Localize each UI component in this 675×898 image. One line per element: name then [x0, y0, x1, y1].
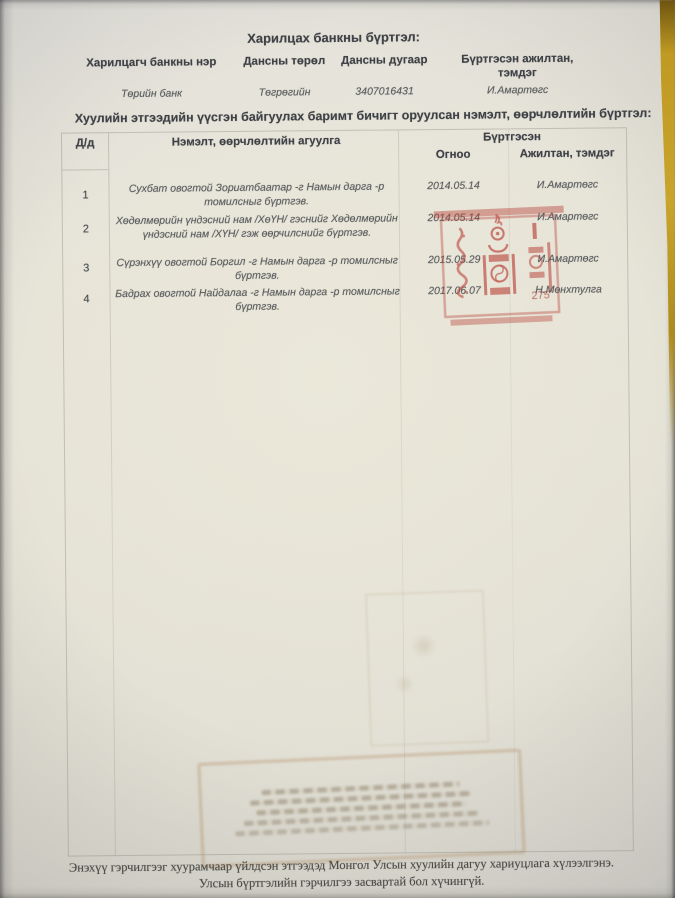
bank-col-registrar: Бүртгэсэн ажилтан, тэмдэг	[456, 52, 578, 82]
faded-stamp-imprint	[197, 749, 525, 868]
col-header-registered: Бүртгэсэн	[398, 130, 626, 144]
row-index: 4	[63, 293, 109, 305]
account-type-value: Төгрөгийн	[235, 86, 335, 99]
row-staff: Н.Мөнхтулга	[509, 283, 627, 296]
ghost-stamp-outline	[365, 590, 488, 746]
table-divider	[62, 169, 108, 170]
row-content: Сүрэнхүү овогтой Боргил -г Намын дарга -…	[113, 254, 401, 284]
row-content: Сухбат овогтой Зориатбаатар -г Намын дар…	[112, 180, 400, 210]
bank-section-title: Харилцах банкны бүртгэл:	[0, 27, 671, 48]
bank-col-account-type: Дансны төрөл	[234, 54, 334, 69]
account-number-value: 3407016431	[335, 85, 435, 98]
row-content: Хөдөлмөрийн үндэсний нам /ХөҮН/ гэснийг …	[113, 212, 401, 242]
col-header-staff: Ажилтан, тэмдэг	[508, 147, 626, 160]
bank-name-value: Төрийн банк	[52, 87, 252, 101]
row-staff: И.Амартөгс	[509, 210, 627, 223]
row-staff: И.Амартөгс	[508, 178, 626, 191]
certificate-page: Харилцах банкны бүртгэл: Харилцагч банкн…	[0, 0, 675, 898]
col-header-content: Нэмэлт, өөрчлөлтийн агуулга	[112, 134, 400, 149]
row-index: 2	[63, 223, 109, 235]
amendments-section-title: Хуулийн этгээдийн үүсгэн байгуулах барим…	[75, 106, 652, 126]
row-index: 3	[63, 262, 109, 274]
col-header-date: Огноо	[398, 148, 508, 161]
document-photo: Харилцах банкны бүртгэл: Харилцагч банкн…	[0, 0, 675, 898]
row-content: Бадрах овогтой Найдалаа -г Намын дарга -…	[113, 285, 401, 315]
bank-col-name: Харилцагч банкны нэр	[51, 55, 251, 71]
bank-registrar-value: И.Амартөгс	[457, 84, 579, 97]
row-staff: И.Амартөгс	[509, 252, 627, 265]
row-index: 1	[62, 189, 108, 201]
col-header-index: Д/д	[62, 137, 108, 149]
bank-col-account-number: Дансны дугаар	[334, 53, 434, 68]
row-date: 2014.05.14	[398, 179, 508, 192]
